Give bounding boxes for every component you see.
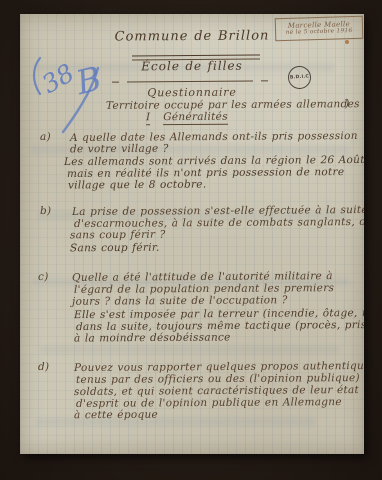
item-label-b: b) — [40, 205, 52, 217]
answer-line: village que le 8 octobre. — [68, 179, 207, 192]
answer-line: à la moindre désobéissance — [74, 331, 231, 344]
question-line: sans coup férir ? — [70, 229, 166, 242]
school-underline — [112, 80, 268, 82]
item-label-c: c) — [38, 271, 49, 283]
questionnaire-subject: Territoire occupé par les armées alleman… — [106, 98, 360, 112]
question-line: d'escarmouches, à la suite de combats sa… — [74, 216, 364, 230]
section-numeral: I — [146, 111, 151, 125]
question-line: d'esprit ou de l'opinion publique en All… — [76, 396, 342, 410]
section-title: Généralités — [163, 111, 228, 125]
bdic-stamp-label: B.D.I.C — [290, 74, 309, 80]
showthrough-smudge — [40, 346, 340, 353]
school-title: École de filles — [20, 59, 364, 73]
item-label-a: a) — [40, 131, 51, 143]
item-label-d: d) — [38, 361, 50, 373]
question-line: de votre village ? — [70, 143, 169, 156]
photo-background: Marcelle Maelle né le 5 octobre 1916 B.D… — [0, 0, 382, 480]
commune-title: Commune de Brillon — [20, 30, 364, 44]
section-heading: I Généralités — [146, 111, 228, 124]
question-line: A quelle date les Allemands ont-ils pris… — [70, 130, 358, 144]
question-line: jours ? dans la suite de l'occupation ? — [72, 294, 288, 308]
answer-line: Sans coup férir. — [70, 242, 160, 255]
document-page: Marcelle Maelle né le 5 octobre 1916 B.D… — [20, 14, 364, 454]
margin-paren-mark: ) — [345, 97, 349, 110]
question-line: à cette époque — [74, 409, 158, 422]
